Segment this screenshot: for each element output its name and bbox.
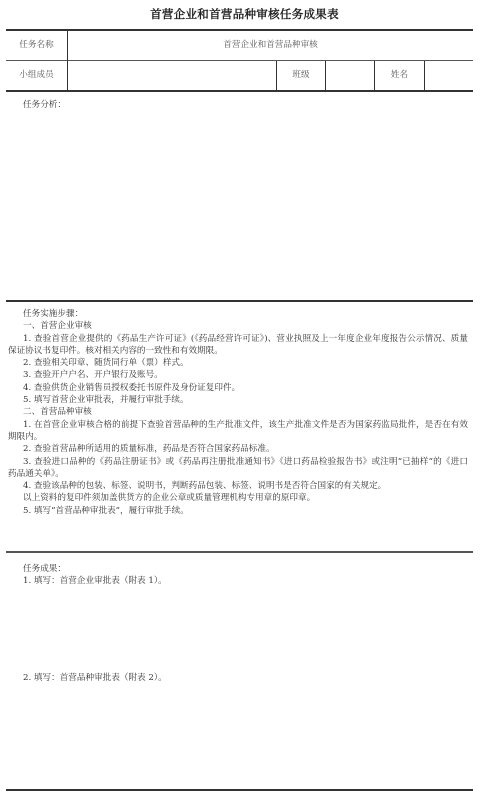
document-title: 首营企业和首营品种审核任务成果表 [0, 6, 489, 22]
part2-item-5: 5. 填写“首营品种审批表”，履行审批手续。 [8, 505, 468, 517]
name-label: 姓名 [375, 60, 424, 90]
task-name-field[interactable]: 首营企业和首营品种审核 [68, 30, 473, 60]
result-area-1[interactable] [6, 590, 473, 670]
name-field[interactable] [425, 60, 473, 90]
steps-section: 任务实施步骤： 一、首营企业审核 1. 查验首营企业提供的《药品生产许可证》(《… [8, 308, 468, 517]
steps-label: 任务实施步骤： [8, 308, 468, 320]
part2-note: 以上资料的复印件须加盖供货方的企业公章或质量管理机构专用章的原印章。 [8, 492, 468, 504]
part1-item-1: 1. 查验首营企业提供的《药品生产许可证》(《药品经营许可证》)、营业执照及上一… [8, 333, 468, 358]
result-item-2: 2. 填写：首营品种审批表（附表 2）。 [8, 672, 468, 684]
result-item-1: 1. 填写：首营企业审批表（附表 1）。 [8, 575, 468, 587]
steps-bottom-border [6, 551, 473, 553]
part2-heading: 二、首营品种审核 [8, 406, 468, 418]
analysis-bottom-border [6, 300, 473, 302]
document-bottom-border [6, 789, 473, 791]
part2-item-3: 3. 查验进口品种的《药品注册证书》或《药品再注册批准通知书》《进口药品检验报告… [8, 456, 468, 481]
part1-item-3: 3. 查验开户户名、开户银行及账号。 [8, 369, 468, 381]
table-bottom-border [6, 90, 473, 92]
result-item-2-wrap: 2. 填写：首营品种审批表（附表 2）。 [8, 672, 468, 684]
class-label: 班级 [277, 60, 325, 90]
analysis-label: 任务分析： [8, 99, 468, 111]
results-label: 任务成果： [8, 563, 468, 575]
part2-item-4: 4. 查验该品种的包装、标签、说明书，判断药品包装、标签、说明书是否符合国家的有… [8, 480, 468, 492]
result-area-2[interactable] [6, 688, 473, 786]
part1-heading: 一、首营企业审核 [8, 320, 468, 332]
members-field[interactable] [68, 60, 276, 90]
analysis-section: 任务分析： [8, 99, 468, 111]
class-field[interactable] [326, 60, 374, 90]
analysis-area[interactable] [6, 115, 473, 297]
members-label: 小组成员 [6, 60, 67, 90]
part2-item-1: 1. 在首营企业审核合格的前提下查验首营品种的生产批准文件，该生产批准文件是否为… [8, 419, 468, 444]
part1-item-2: 2. 查验相关印章、随货同行单（票）样式。 [8, 357, 468, 369]
part1-item-5: 5. 填写首营企业审批表，并履行审批手续。 [8, 394, 468, 406]
results-section: 任务成果： 1. 填写：首营企业审批表（附表 1）。 [8, 563, 468, 588]
task-name-label: 任务名称 [6, 30, 67, 60]
part1-item-4: 4. 查验供货企业销售员授权委托书原件及身份证复印件。 [8, 382, 468, 394]
part2-item-2: 2. 查验首营品种所适用的质量标准，药品是否符合国家药品标准。 [8, 443, 468, 455]
